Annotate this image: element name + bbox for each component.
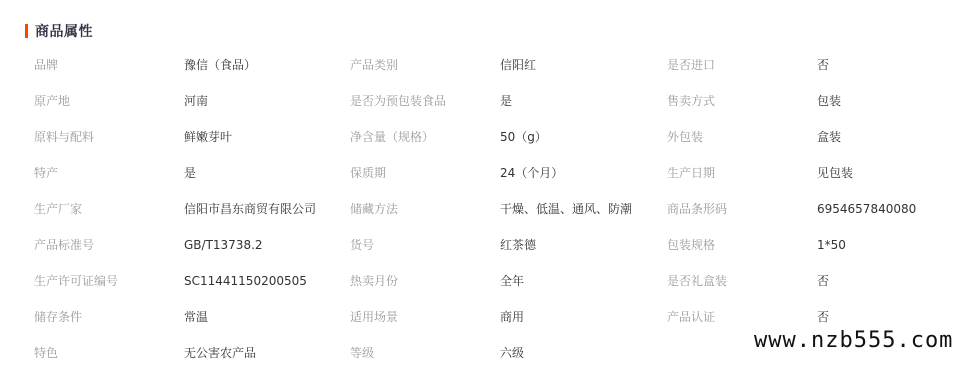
attribute-value: 信阳红 <box>500 47 536 83</box>
attribute-value: 24（个月） <box>500 155 563 191</box>
attribute-label: 外包装 <box>667 119 703 155</box>
attribute-label: 货号 <box>350 227 374 263</box>
attribute-label: 保质期 <box>350 155 386 191</box>
watermark: www.nzb555.com <box>752 328 955 353</box>
attribute-label: 是否礼盒装 <box>667 263 727 299</box>
attribute-value: 红茶德 <box>500 227 536 263</box>
attribute-value: 干燥、低温、通风、防潮 <box>500 191 632 227</box>
section-header: 商品属性 <box>25 21 93 41</box>
attribute-label: 产品认证 <box>667 299 715 335</box>
attribute-value: 鲜嫩芽叶 <box>184 119 232 155</box>
attribute-row: 生产许可证编号 SC11441150200505 热卖月份 全年 是否礼盒装 否 <box>0 263 958 299</box>
attribute-value: 河南 <box>184 83 208 119</box>
attribute-label: 储存条件 <box>34 299 82 335</box>
attribute-label: 商品条形码 <box>667 191 727 227</box>
attribute-label: 产品标准号 <box>34 227 94 263</box>
attribute-value: 50（g） <box>500 119 547 155</box>
attribute-value: 是 <box>500 83 512 119</box>
attribute-value: 见包装 <box>817 155 853 191</box>
attribute-value: 1*50 <box>817 227 846 263</box>
attribute-row: 原料与配料 鲜嫩芽叶 净含量（规格） 50（g） 外包装 盒装 <box>0 119 958 155</box>
attribute-value: 豫信（食品） <box>184 47 256 83</box>
attribute-row: 产品标准号 GB/T13738.2 货号 红茶德 包装规格 1*50 <box>0 227 958 263</box>
attribute-value: 否 <box>817 263 829 299</box>
attribute-value: 全年 <box>500 263 524 299</box>
attribute-label: 储藏方法 <box>350 191 398 227</box>
attribute-label: 是否进口 <box>667 47 715 83</box>
attribute-value: SC11441150200505 <box>184 263 307 299</box>
attribute-table: 品牌 豫信（食品） 产品类别 信阳红 是否进口 否 原产地 河南 是否为预包装食… <box>0 47 958 371</box>
attribute-label: 生产日期 <box>667 155 715 191</box>
accent-bar <box>25 24 28 38</box>
attribute-label: 品牌 <box>34 47 58 83</box>
attribute-value: 无公害农产品 <box>184 335 256 371</box>
attribute-label: 原料与配料 <box>34 119 94 155</box>
attribute-value: 是 <box>184 155 196 191</box>
attribute-value: 包装 <box>817 83 841 119</box>
attribute-value: 商用 <box>500 299 524 335</box>
attribute-label: 等级 <box>350 335 374 371</box>
attribute-value: 六级 <box>500 335 524 371</box>
attribute-label: 产品类别 <box>350 47 398 83</box>
attribute-label: 原产地 <box>34 83 70 119</box>
attribute-value: 信阳市昌东商贸有限公司 <box>184 191 316 227</box>
attribute-label: 生产许可证编号 <box>34 263 118 299</box>
attribute-row: 特产 是 保质期 24（个月） 生产日期 见包装 <box>0 155 958 191</box>
attribute-label: 热卖月份 <box>350 263 398 299</box>
attribute-value: 盒装 <box>817 119 841 155</box>
attribute-label: 适用场景 <box>350 299 398 335</box>
attribute-label: 特色 <box>34 335 58 371</box>
attribute-value: 常温 <box>184 299 208 335</box>
attribute-label: 售卖方式 <box>667 83 715 119</box>
attribute-label: 包装规格 <box>667 227 715 263</box>
attribute-row: 原产地 河南 是否为预包装食品 是 售卖方式 包装 <box>0 83 958 119</box>
attribute-value: 否 <box>817 47 829 83</box>
attribute-label: 特产 <box>34 155 58 191</box>
attribute-row: 品牌 豫信（食品） 产品类别 信阳红 是否进口 否 <box>0 47 958 83</box>
attribute-label: 是否为预包装食品 <box>350 83 446 119</box>
attribute-value: 6954657840080 <box>817 191 916 227</box>
attribute-value: GB/T13738.2 <box>184 227 263 263</box>
attribute-row: 生产厂家 信阳市昌东商贸有限公司 储藏方法 干燥、低温、通风、防潮 商品条形码 … <box>0 191 958 227</box>
section-title: 商品属性 <box>35 21 93 41</box>
attribute-label: 生产厂家 <box>34 191 82 227</box>
attribute-label: 净含量（规格） <box>350 119 434 155</box>
